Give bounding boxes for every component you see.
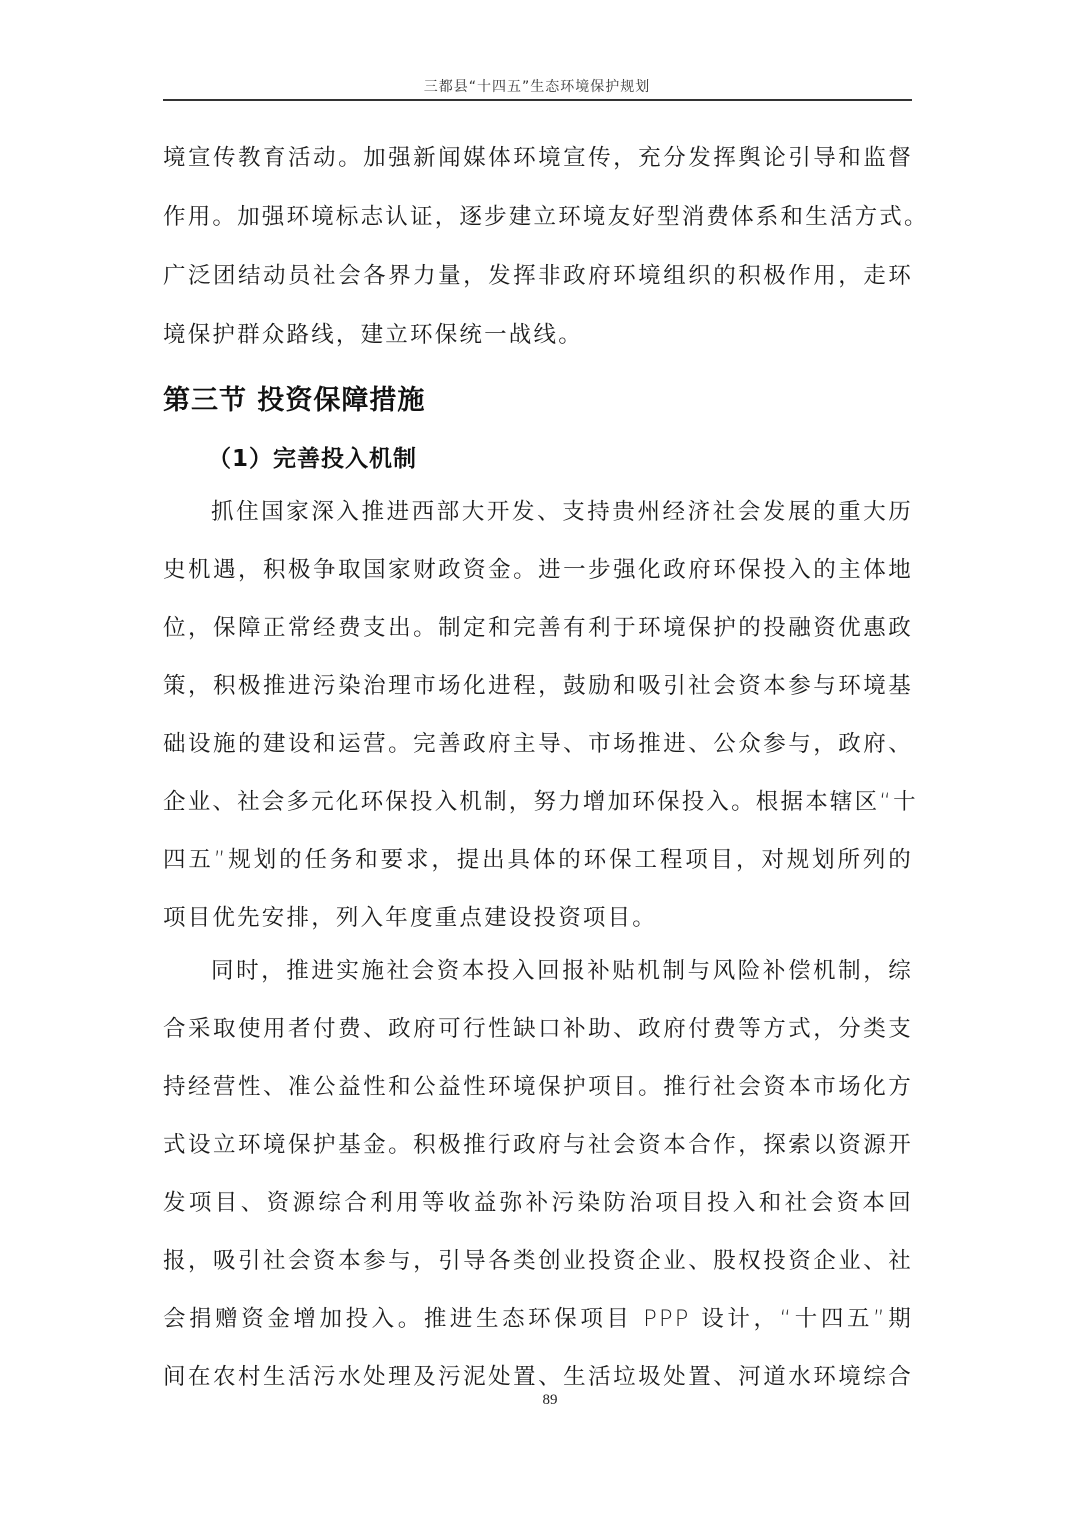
text-line: 企业、社会多元化环保投入机制，努力增加环保投入。根据本辖区“十	[163, 787, 913, 817]
text-line: 广泛团结动员社会各界力量，发挥非政府环境组织的积极作用，走环	[163, 261, 913, 291]
text-line: 合采取使用者付费、政府可行性缺口补助、政府付费等方式，分类支	[163, 1014, 913, 1044]
text-line: 础设施的建设和运营。完善政府主导、市场推进、公众参与，政府、	[163, 729, 913, 759]
text-line: 项目优先安排，列入年度重点建设投资项目。	[163, 903, 913, 933]
text-line: 作用。加强环境标志认证，逐步建立环境友好型消费体系和生活方式。	[163, 202, 913, 232]
text-line: 发项目、资源综合利用等收益弥补污染防治项目投入和社会资本回	[163, 1188, 913, 1218]
text-line: 位，保障正常经费支出。制定和完善有利于环境保护的投融资优惠政	[163, 613, 913, 643]
text-line: 持经营性、准公益性和公益性环境保护项目。推行社会资本市场化方	[163, 1072, 913, 1102]
text-line: 报，吸引社会资本参与，引导各类创业投资企业、股权投资企业、社	[163, 1246, 913, 1276]
page-number: 89	[500, 1392, 600, 1409]
text-line: 抓住国家深入推进西部大开发、支持贵州经济社会发展的重大历	[211, 497, 913, 527]
header-divider	[163, 99, 912, 101]
text-line: 策，积极推进污染治理市场化进程，鼓励和吸引社会资本参与环境基	[163, 671, 913, 701]
text-line: 会捐赠资金增加投入。推进生态环保项目 PPP 设计，“十四五”期	[163, 1304, 913, 1334]
running-header: 三都县“十四五”生态环境保护规划	[163, 76, 911, 96]
subsection-heading: （1）完善投入机制	[208, 440, 417, 473]
document-page: 三都县“十四五”生态环境保护规划 境宣传教育活动。加强新闻媒体环境宣传，充分发挥…	[0, 0, 1074, 1520]
text-line: 式设立环境保护基金。积极推行政府与社会资本合作，探索以资源开	[163, 1130, 913, 1160]
text-line: 境宣传教育活动。加强新闻媒体环境宣传，充分发挥舆论引导和监督	[163, 143, 913, 173]
text-line: 境保护群众路线，建立环保统一战线。	[163, 320, 913, 350]
section-heading: 第三节 投资保障措施	[163, 378, 425, 417]
text-line: 间在农村生活污水处理及污泥处置、生活垃圾处置、河道水环境综合	[163, 1362, 913, 1392]
text-line: 史机遇，积极争取国家财政资金。进一步强化政府环保投入的主体地	[163, 555, 913, 585]
text-line: 四五”规划的任务和要求，提出具体的环保工程项目，对规划所列的	[163, 845, 913, 875]
text-line: 同时，推进实施社会资本投入回报补贴机制与风险补偿机制，综	[211, 956, 913, 986]
